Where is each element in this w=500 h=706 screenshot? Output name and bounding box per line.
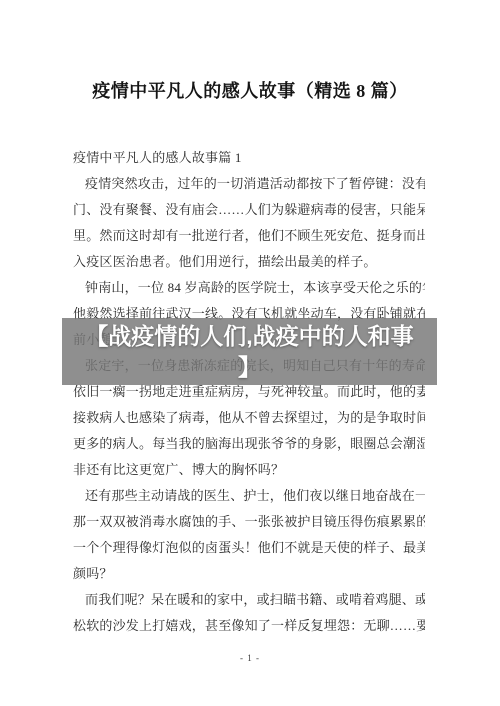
watermark-caption-line2: 】 [238,352,261,383]
document-title: 疫情中平凡人的感人故事（精选 8 篇） [0,77,500,103]
text-line: 疫情突然攻击，过年的一切消遣活动都按下了暂停键：没有串 [73,171,425,197]
text-line: 松软的沙发上打嬉戏，甚至像知了一样反复埋怨：无聊……要知 [73,613,425,639]
document-page: 疫情中平凡人的感人故事（精选 8 篇） 疫情中平凡人的感人故事篇 1疫情突然攻击… [0,0,500,706]
text-line: 那一双双被消毒水腐蚀的手、一张张被护目镜压得伤痕累累的脸， [73,509,425,535]
text-line: 里。然而这时却有一批逆行者，他们不顾生死安危、挺身而出、闯 [73,223,425,249]
text-line: 接救病人也感染了病毒，他从不曾去探望过，为的是争取时间救治 [73,405,425,431]
text-line: 更多的病人。每当我的脑海出现张爷爷的身影，眼圈总会潮湿，莫 [73,431,425,457]
watermark-caption-banner: 【战疫情的人们,战疫中的人和事 】 [62,318,437,385]
page-number: - 1 - [0,653,500,663]
watermark-caption-line1: 【战疫情的人们,战疫中的人和事 [85,321,413,352]
document-lines: 疫情中平凡人的感人故事篇 1疫情突然攻击，过年的一切消遣活动都按下了暂停键：没有… [73,145,425,639]
text-line: 入疫区医治患者。他们用逆行，描绘出最美的样子。 [73,249,425,275]
text-line: 而我们呢？呆在暖和的家中，或扫瞄书籍、或啃着鸡腿、或躺在 [73,587,425,613]
text-line: 非还有比这更宽广、博大的胸怀吗？ [73,457,425,483]
text-line: 颜吗？ [73,561,425,587]
text-line: 疫情中平凡人的感人故事篇 1 [73,145,425,171]
text-line: 一个个理得像灯泡似的卤蛋头！他们不就是天使的样子、最美的容 [73,535,425,561]
text-line: 还有那些主动请战的医生、护士，他们夜以继日地奋战在一线。 [73,483,425,509]
text-line: 钟南山，一位 84 岁高龄的医学院士，本该享受天伦之乐的年纪， [73,275,425,301]
text-line: 门、没有聚餐、没有庙会……人们为躲避病毒的侵害，只能呆在家 [73,197,425,223]
